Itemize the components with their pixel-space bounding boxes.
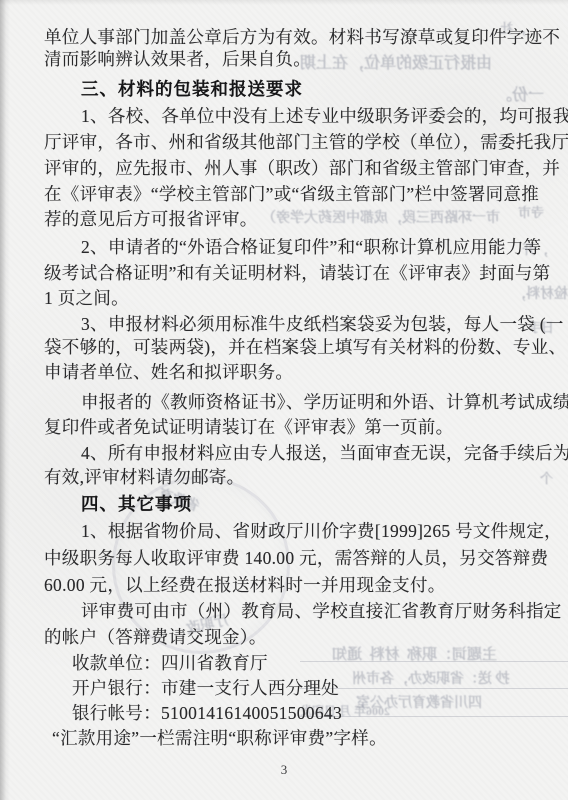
text-line: 厅评审，各市、州和省级其他部门主管的学校（单位），需委托我厅	[44, 132, 568, 153]
bleedthrough-text: 抄 送：省职改办，各市州	[352, 668, 510, 688]
scan-edge-shadow-top	[0, 0, 568, 5]
text-line: 3、申报材料必须用标准牛皮纸档案袋妥为包装，每人一袋 (一	[81, 314, 564, 335]
scanned-document-page: ，社由报行正级的单位，在上期一份。寺市市一环路西三段，成都中医药大学旁），开检材…	[0, 0, 568, 800]
text-line: 评审费可由市（州）教育局、学校直接汇省教育厅财务科指定	[81, 601, 562, 622]
text-line: 申报者的《教师资格证书》、学历证明和外语、计算机考试成绩	[81, 392, 568, 413]
bleedthrough-rule	[300, 661, 568, 662]
heading-line: 三、材料的包装和报送要求	[81, 79, 303, 100]
text-line: 收款单位：四川省教育厅	[72, 653, 268, 674]
heading-line: 四、其它事项	[81, 494, 192, 515]
text-line: “汇款用途”一栏需注明“职称评审费”字样。	[52, 728, 387, 749]
text-line: 袋不够的，可装两袋)，并在档案袋上填写有关材料的份数、专业、	[44, 337, 566, 358]
bleedthrough-rule	[300, 688, 568, 689]
text-line: 60.00 元，以上经费在报送材料时一并用现金支付。	[44, 575, 446, 596]
text-line: 的帐户（答辩费请交现金）。	[44, 627, 267, 648]
scan-edge-shadow-left	[0, 0, 10, 800]
page-number: 3	[0, 762, 568, 778]
text-line: 在《评审表》“学校主管部门”或“省级主管部门”栏中签署同意推	[44, 184, 539, 205]
text-line: 有效,评审材料请勿邮寄。	[44, 467, 244, 488]
text-line: 开户银行：市建一支行人西分理处	[72, 678, 339, 699]
text-line: 1 页之间。	[44, 288, 129, 309]
text-line: 荐的意见后方可报省评审。	[44, 209, 258, 230]
text-line: 级考试合格证明”和有关证明材料，请装订在《评审表》封面与第	[44, 263, 550, 284]
text-line: 4、所有申报材料应由专人报送，当面审查无误，完备手续后为	[81, 443, 568, 464]
text-line: 清而影响辨认效果者，后果自负。	[44, 49, 311, 70]
bleedthrough-text: 市一环路西三段，成都中医药大学旁）	[262, 207, 500, 227]
text-line: 中级职务每人收取评审费 140.00 元，需答辩的人员，另交答辩费	[44, 548, 548, 569]
text-line: 2、申请者的“外语合格证复印件”和“职称计算机应用能力等	[81, 237, 541, 258]
text-line: 评审的，应先报市、州人事（职改）部门和省级主管部门审查，并	[44, 158, 560, 179]
bleedthrough-text: 检材料，	[512, 283, 568, 303]
bleedthrough-text: 个	[540, 468, 553, 487]
bleedthrough-text: 一份。	[496, 82, 544, 105]
text-line: 单位人事部门加盖公章后方为有效。材料书写潦草或复印件字迹不	[44, 27, 560, 48]
text-line: 银行帐号：51001416140051500643	[72, 703, 342, 724]
text-line: 复印件或者免试证明请装订在《评审表》第一页前。	[44, 417, 453, 438]
text-line: 1、各校、各单位中没有上述专业中级职务评委会的，均可报我	[81, 106, 568, 127]
text-line: 1、根据省物价局、省财政厅川价字费[1999]265 号文件规定，	[81, 521, 562, 542]
text-line: 申请者单位、姓名和拟评职务。	[44, 362, 293, 383]
bleedthrough-text: 由报行正级的单位，在上期	[300, 50, 492, 73]
